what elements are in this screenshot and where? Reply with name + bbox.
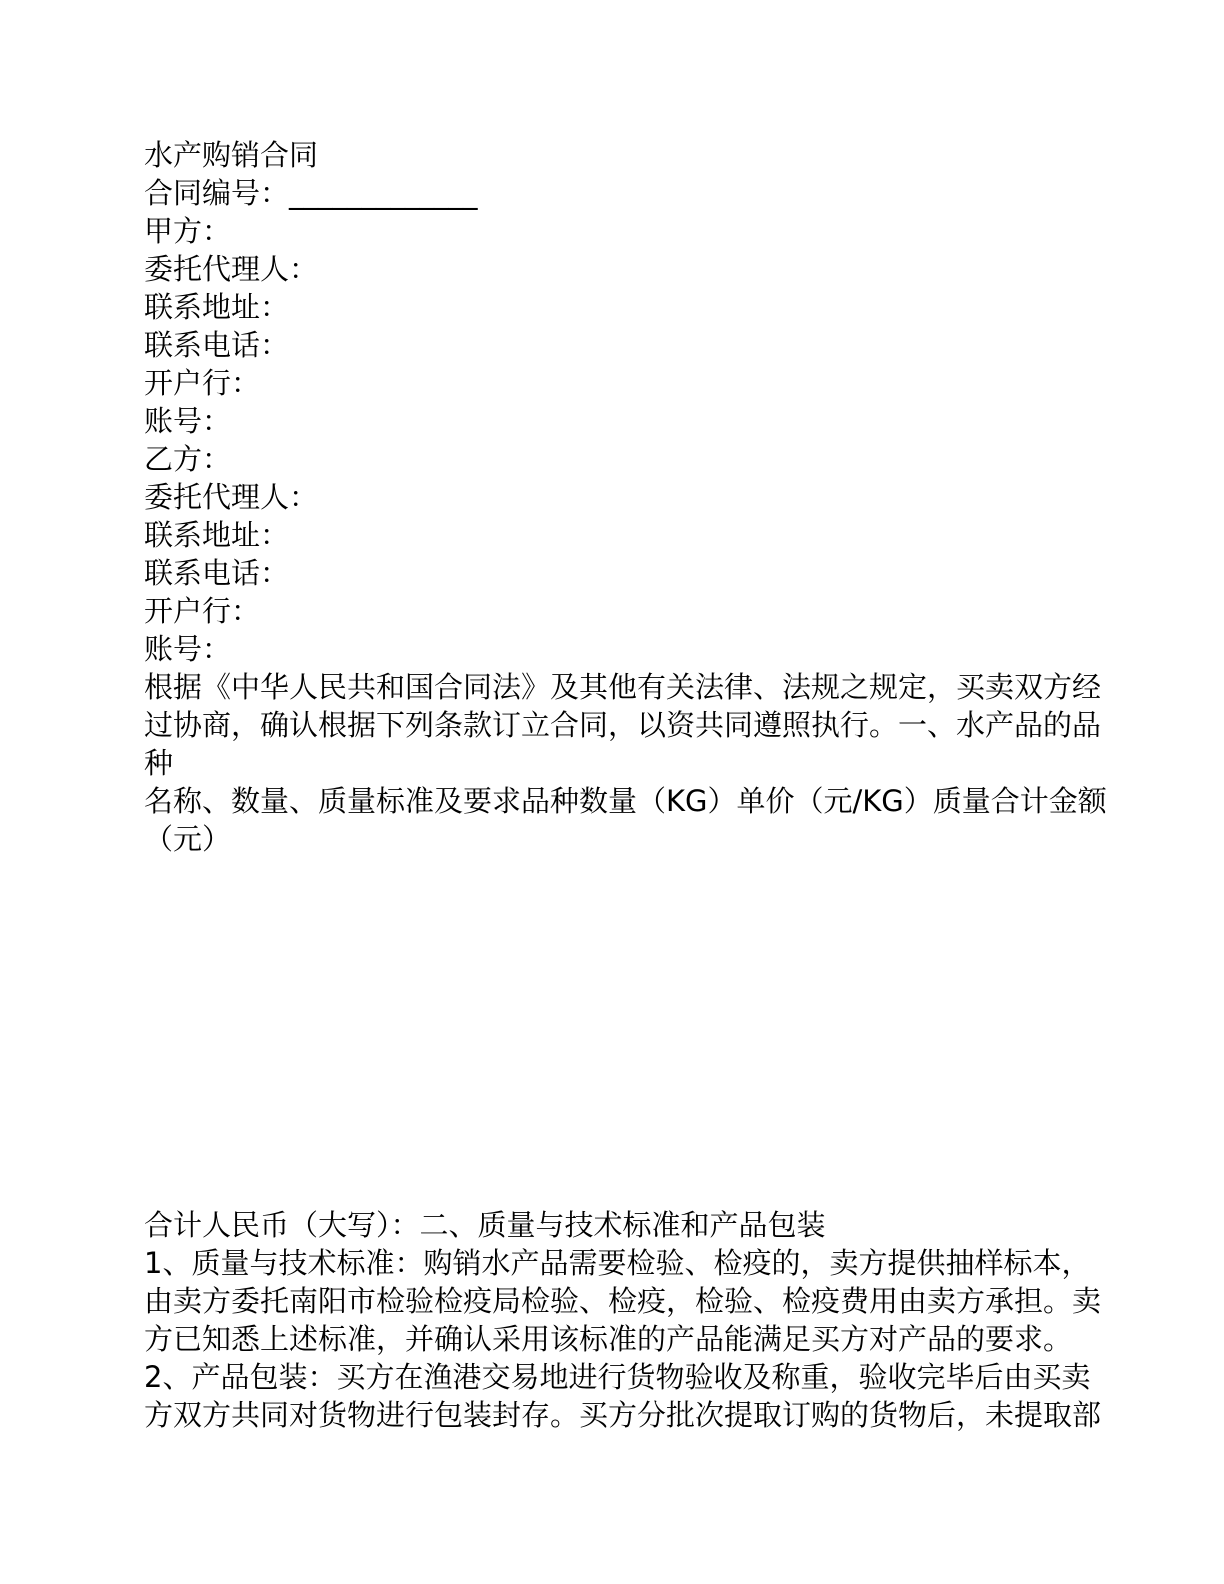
text-line: 开户行： bbox=[144, 592, 1184, 630]
text-line: 2、产品包装：买方在渔港交易地进行货物验收及称重，验收完毕后由买卖 bbox=[144, 1358, 1184, 1396]
text-line: 联系地址： bbox=[144, 516, 1184, 554]
text-line: 委托代理人： bbox=[144, 478, 1184, 516]
text-line: 过协商，确认根据下列条款订立合同，以资共同遵照执行。一、水产品的品 bbox=[144, 706, 1184, 744]
party-info-block: 合同编号：_____________ 甲方： 委托代理人： 联系地址： 联系电话… bbox=[144, 174, 1184, 668]
text-line: 合计人民币（大写）：二、质量与技术标准和产品包装 bbox=[144, 1206, 1184, 1244]
text-line: （元） bbox=[144, 820, 1184, 858]
text-line: 名称、数量、质量标准及要求品种数量（KG）单价（元/KG）质量合计金额 bbox=[144, 782, 1184, 820]
text-line: 由卖方委托南阳市检验检疫局检验、检疫，检验、检疫费用由卖方承担。卖 bbox=[144, 1282, 1184, 1320]
text-line: 开户行： bbox=[144, 364, 1184, 402]
terms-clause-block: 合计人民币（大写）：二、质量与技术标准和产品包装 1、质量与技术标准：购销水产品… bbox=[144, 1206, 1184, 1434]
contract-document: 水产购销合同 合同编号：_____________ 甲方： 委托代理人： 联系地… bbox=[0, 0, 1224, 1584]
intro-clause-block: 根据《中华人民共和国合同法》及其他有关法律、法规之规定，买卖双方经 过协商，确认… bbox=[144, 668, 1184, 858]
text-line: 联系电话： bbox=[144, 554, 1184, 592]
text-line: 根据《中华人民共和国合同法》及其他有关法律、法规之规定，买卖双方经 bbox=[144, 668, 1184, 706]
text-line: 账号： bbox=[144, 630, 1184, 668]
empty-table-area bbox=[144, 858, 1184, 1206]
text-line: 1、质量与技术标准：购销水产品需要检验、检疫的，卖方提供抽样标本， bbox=[144, 1244, 1184, 1282]
text-line: 合同编号：_____________ bbox=[144, 174, 1184, 212]
text-line: 联系电话： bbox=[144, 326, 1184, 364]
text-line: 种 bbox=[144, 744, 1184, 782]
text-line: 方已知悉上述标准，并确认采用该标准的产品能满足买方对产品的要求。 bbox=[144, 1320, 1184, 1358]
text-line: 委托代理人： bbox=[144, 250, 1184, 288]
text-line: 联系地址： bbox=[144, 288, 1184, 326]
text-line: 乙方： bbox=[144, 440, 1184, 478]
text-line: 账号： bbox=[144, 402, 1184, 440]
text-line: 方双方共同对货物进行包装封存。买方分批次提取订购的货物后，未提取部 bbox=[144, 1396, 1184, 1434]
document-title: 水产购销合同 bbox=[144, 136, 1184, 174]
text-line: 甲方： bbox=[144, 212, 1184, 250]
